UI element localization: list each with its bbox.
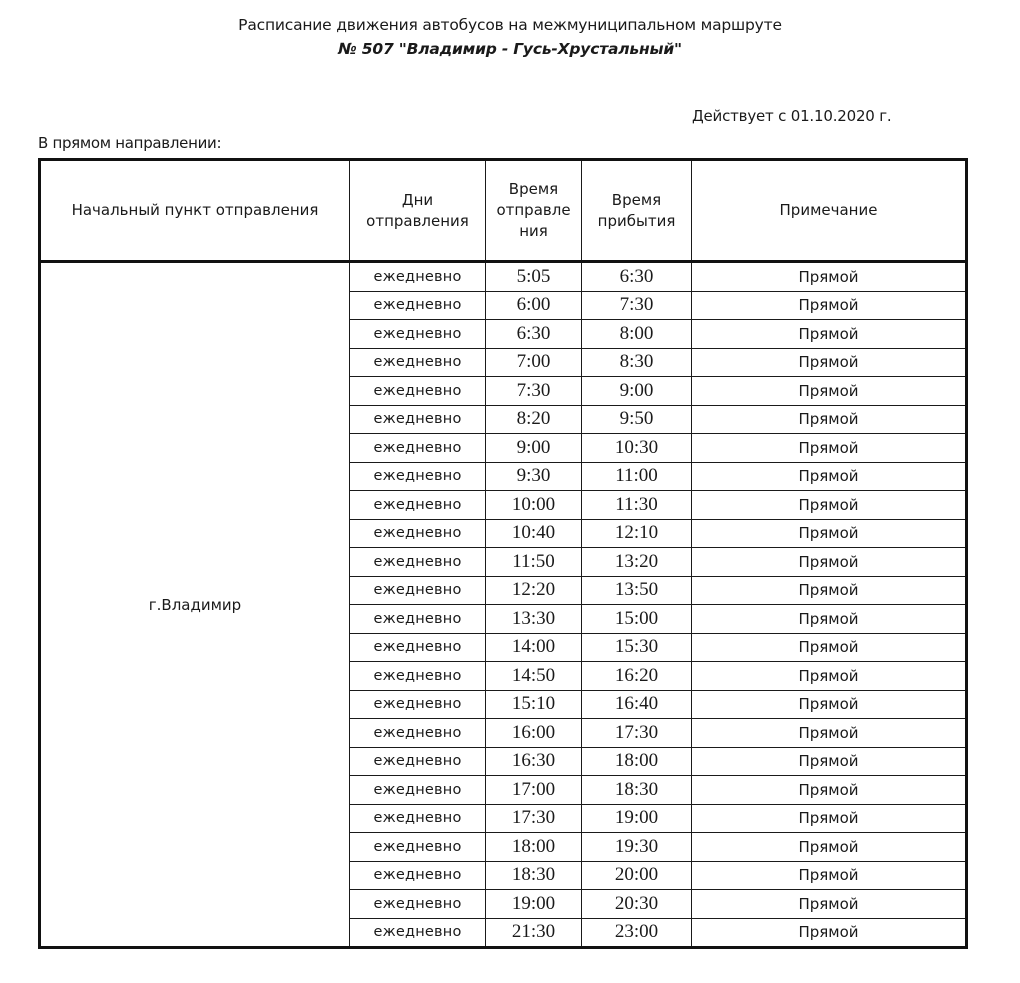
arrival-time-cell: 8:30 <box>582 348 692 377</box>
note-cell: Прямой <box>692 633 967 662</box>
arrival-time-cell: 6:30 <box>582 262 692 292</box>
departure-time-cell: 6:00 <box>486 291 582 320</box>
departure-time-cell: 9:00 <box>486 434 582 463</box>
days-cell: ежедневно <box>350 491 486 520</box>
note-cell: Прямой <box>692 890 967 919</box>
arrival-time-cell: 17:30 <box>582 719 692 748</box>
note-cell: Прямой <box>692 605 967 634</box>
days-cell: ежедневно <box>350 690 486 719</box>
departure-time-cell: 16:00 <box>486 719 582 748</box>
departure-time-cell: 9:30 <box>486 462 582 491</box>
arrival-time-cell: 8:00 <box>582 320 692 349</box>
days-cell: ежедневно <box>350 776 486 805</box>
note-cell: Прямой <box>692 291 967 320</box>
departure-time-cell: 8:20 <box>486 405 582 434</box>
arrival-time-cell: 16:40 <box>582 690 692 719</box>
note-cell: Прямой <box>692 776 967 805</box>
note-cell: Прямой <box>692 662 967 691</box>
days-cell: ежедневно <box>350 462 486 491</box>
departure-time-cell: 14:50 <box>486 662 582 691</box>
header-departure: Времяотправления <box>486 160 582 262</box>
days-cell: ежедневно <box>350 804 486 833</box>
table-row: г.Владимирежедневно5:056:30Прямой <box>40 262 967 292</box>
note-cell: Прямой <box>692 548 967 577</box>
departure-time-cell: 19:00 <box>486 890 582 919</box>
header-days: Дниотправления <box>350 160 486 262</box>
days-cell: ежедневно <box>350 833 486 862</box>
arrival-time-cell: 13:50 <box>582 576 692 605</box>
departure-time-cell: 16:30 <box>486 747 582 776</box>
note-cell: Прямой <box>692 377 967 406</box>
days-cell: ежедневно <box>350 576 486 605</box>
departure-time-cell: 13:30 <box>486 605 582 634</box>
departure-time-cell: 6:30 <box>486 320 582 349</box>
note-cell: Прямой <box>692 861 967 890</box>
arrival-time-cell: 16:20 <box>582 662 692 691</box>
note-cell: Прямой <box>692 262 967 292</box>
route-title: № 507 "Владимир - Гусь-Хрустальный" <box>0 40 1020 58</box>
note-cell: Прямой <box>692 719 967 748</box>
departure-time-cell: 21:30 <box>486 918 582 948</box>
days-cell: ежедневно <box>350 320 486 349</box>
arrival-time-cell: 10:30 <box>582 434 692 463</box>
departure-time-cell: 10:40 <box>486 519 582 548</box>
days-cell: ежедневно <box>350 861 486 890</box>
departure-time-cell: 7:30 <box>486 377 582 406</box>
arrival-time-cell: 15:00 <box>582 605 692 634</box>
header-note: Примечание <box>692 160 967 262</box>
departure-time-cell: 17:00 <box>486 776 582 805</box>
departure-time-cell: 12:20 <box>486 576 582 605</box>
table-header-row: Начальный пункт отправления Дниотправлен… <box>40 160 967 262</box>
note-cell: Прямой <box>692 519 967 548</box>
arrival-time-cell: 20:30 <box>582 890 692 919</box>
days-cell: ежедневно <box>350 405 486 434</box>
note-cell: Прямой <box>692 833 967 862</box>
arrival-time-cell: 7:30 <box>582 291 692 320</box>
departure-time-cell: 17:30 <box>486 804 582 833</box>
note-cell: Прямой <box>692 576 967 605</box>
arrival-time-cell: 18:00 <box>582 747 692 776</box>
days-cell: ежедневно <box>350 348 486 377</box>
departure-time-cell: 5:05 <box>486 262 582 292</box>
arrival-time-cell: 15:30 <box>582 633 692 662</box>
header-arrival: Времяприбытия <box>582 160 692 262</box>
days-cell: ежедневно <box>350 918 486 948</box>
arrival-time-cell: 9:00 <box>582 377 692 406</box>
note-cell: Прямой <box>692 320 967 349</box>
days-cell: ежедневно <box>350 719 486 748</box>
direction-label: В прямом направлении: <box>38 134 221 152</box>
days-cell: ежедневно <box>350 633 486 662</box>
note-cell: Прямой <box>692 918 967 948</box>
days-cell: ежедневно <box>350 605 486 634</box>
arrival-time-cell: 9:50 <box>582 405 692 434</box>
days-cell: ежедневно <box>350 377 486 406</box>
note-cell: Прямой <box>692 348 967 377</box>
note-cell: Прямой <box>692 405 967 434</box>
arrival-time-cell: 11:30 <box>582 491 692 520</box>
days-cell: ежедневно <box>350 291 486 320</box>
days-cell: ежедневно <box>350 519 486 548</box>
departure-time-cell: 18:30 <box>486 861 582 890</box>
departure-time-cell: 15:10 <box>486 690 582 719</box>
days-cell: ежедневно <box>350 890 486 919</box>
note-cell: Прямой <box>692 462 967 491</box>
departure-time-cell: 18:00 <box>486 833 582 862</box>
schedule-table: Начальный пункт отправления Дниотправлен… <box>38 158 968 949</box>
arrival-time-cell: 11:00 <box>582 462 692 491</box>
origin-cell: г.Владимир <box>40 262 350 948</box>
arrival-time-cell: 19:30 <box>582 833 692 862</box>
departure-time-cell: 11:50 <box>486 548 582 577</box>
days-cell: ежедневно <box>350 747 486 776</box>
note-cell: Прямой <box>692 804 967 833</box>
arrival-time-cell: 12:10 <box>582 519 692 548</box>
schedule-rows: г.Владимирежедневно5:056:30Прямойежеднев… <box>40 262 967 948</box>
departure-time-cell: 7:00 <box>486 348 582 377</box>
note-cell: Прямой <box>692 690 967 719</box>
departure-time-cell: 14:00 <box>486 633 582 662</box>
days-cell: ежедневно <box>350 548 486 577</box>
note-cell: Прямой <box>692 491 967 520</box>
arrival-time-cell: 13:20 <box>582 548 692 577</box>
days-cell: ежедневно <box>350 434 486 463</box>
arrival-time-cell: 23:00 <box>582 918 692 948</box>
note-cell: Прямой <box>692 747 967 776</box>
arrival-time-cell: 19:00 <box>582 804 692 833</box>
days-cell: ежедневно <box>350 662 486 691</box>
arrival-time-cell: 20:00 <box>582 861 692 890</box>
departure-time-cell: 10:00 <box>486 491 582 520</box>
valid-from-date: Действует с 01.10.2020 г. <box>692 107 891 125</box>
schedule-title: Расписание движения автобусов на межмуни… <box>0 16 1020 34</box>
note-cell: Прямой <box>692 434 967 463</box>
days-cell: ежедневно <box>350 262 486 292</box>
arrival-time-cell: 18:30 <box>582 776 692 805</box>
header-origin: Начальный пункт отправления <box>40 160 350 262</box>
